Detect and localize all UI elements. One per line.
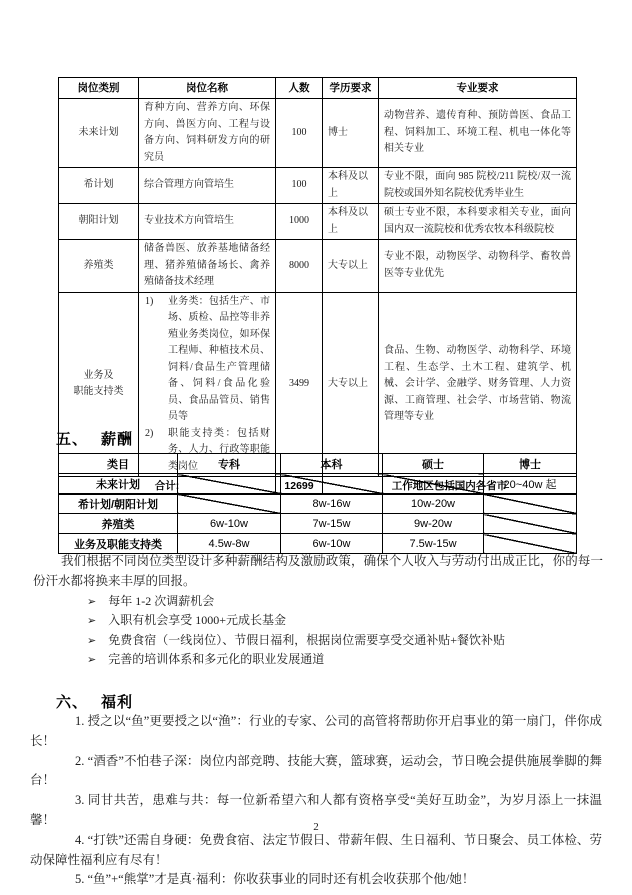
salary-header-row: 类目 专科 本科 硕士 博士: [59, 454, 577, 474]
heading-title: 薪酬: [101, 431, 133, 448]
salary-value: 10w-20w: [383, 494, 484, 514]
majors-cell: 硕士专业不限，本科要求相关专业，面向国内双一流院校和优秀农牧本科级院校: [379, 204, 577, 240]
salary-value: 8w-16w: [281, 494, 383, 514]
count-cell: 1000: [276, 204, 323, 240]
salary-row: 希计划/朝阳计划 8w-16w 10w-20w: [59, 494, 577, 514]
arrow-bullet-icon: ➢: [87, 651, 96, 670]
majors-cell: 专业不限，面向 985 院校/211 院校/双一流院校或国外知名院校优秀毕业生: [379, 168, 577, 204]
welfare-item: 4. “打铁”还需自身硬：免费食宿、法定节假日、带薪年假、生日福利、节日聚会、员…: [30, 831, 602, 871]
salary-value: [281, 474, 383, 494]
list-text: 业务类：包括生产、市场、质检、品控等非养殖业务类岗位，如环保工程师、种植技术员、…: [168, 296, 270, 423]
arrow-bullet-icon: ➢: [87, 612, 96, 631]
salary-value: 7w-15w: [281, 514, 383, 534]
bullet-text: 入职有机会享受 1000+元成长基金: [108, 613, 286, 627]
salary-value: [484, 514, 577, 534]
salary-header-bachelor: 本科: [281, 454, 383, 474]
welfare-item: 1. 授之以“鱼”更要授之以“渔”：行业的专家、公司的高管将帮助你开启事业的第一…: [30, 712, 602, 752]
count-cell: 8000: [276, 240, 323, 293]
category-cell: 希计划: [59, 168, 139, 204]
bullet-item: ➢完善的培训体系和多元化的职业发展通道: [87, 650, 505, 669]
salary-table: 类目 专科 本科 硕士 博士 未来计划 20~40w 起 希计划/朝阳计划 8w…: [58, 453, 577, 554]
salary-header-category: 类目: [59, 454, 178, 474]
category-cell: 养殖类: [59, 240, 139, 293]
salary-value: [178, 474, 281, 494]
bullet-item: ➢每年 1-2 次调薪机会: [87, 592, 505, 611]
arrow-bullet-icon: ➢: [87, 593, 96, 612]
recruitment-table: 岗位类别 岗位名称 人数 学历要求 专业要求 未来计划 育种方向、营养方向、环保…: [58, 77, 577, 495]
salary-header-college: 专科: [178, 454, 281, 474]
header-majors: 专业要求: [379, 78, 577, 99]
education-cell: 博士: [323, 99, 379, 168]
document-page: 岗位类别 岗位名称 人数 学历要求 专业要求 未来计划 育种方向、营养方向、环保…: [0, 0, 632, 895]
count-cell: 3499: [276, 292, 323, 477]
salary-header-master: 硕士: [383, 454, 484, 474]
position-cell: 专业技术方向管培生: [139, 204, 276, 240]
education-cell: 本科及以上: [323, 168, 379, 204]
category-cell: 未来计划: [59, 99, 139, 168]
position-list-item: 1) 业务类：包括生产、市场、质检、品控等非养殖业务类岗位，如环保工程师、种植技…: [144, 294, 270, 426]
category-cell: 朝阳计划: [59, 204, 139, 240]
bullet-text: 完善的培训体系和多元化的职业发展通道: [108, 652, 324, 666]
table-header-row: 岗位类别 岗位名称 人数 学历要求 专业要求: [59, 78, 577, 99]
count-cell: 100: [276, 99, 323, 168]
heading-number: 五、: [56, 431, 88, 448]
heading-title: 福利: [101, 694, 133, 711]
list-number: 2): [145, 426, 153, 443]
education-cell: 本科及以上: [323, 204, 379, 240]
salary-bullet-list: ➢每年 1-2 次调薪机会 ➢入职有机会享受 1000+元成长基金 ➢免费食宿（…: [87, 592, 505, 669]
salary-value: 20~40w 起: [484, 474, 577, 494]
education-cell: 大专以上: [323, 292, 379, 477]
salary-row-label: 希计划/朝阳计划: [59, 494, 178, 514]
bullet-text: 每年 1-2 次调薪机会: [108, 594, 214, 608]
majors-cell: 专业不限，动物医学、动物科学、畜牧兽医等专业优先: [379, 240, 577, 293]
header-count: 人数: [276, 78, 323, 99]
salary-row-label: 未来计划: [59, 474, 178, 494]
salary-value: [383, 474, 484, 494]
welfare-item: 5. “鱼”+“熊掌”才是真·福利：你收获事业的同时还有机会收获那个他/她！: [30, 870, 602, 890]
bullet-text: 免费食宿（一线岗位）、节假日福利，根据岗位需要享受交通补贴+餐饮补贴: [108, 633, 505, 647]
salary-value: [484, 494, 577, 514]
position-cell: 综合管理方向管培生: [139, 168, 276, 204]
salary-value: 6w-10w: [178, 514, 281, 534]
welfare-item-list: 1. 授之以“鱼”更要授之以“渔”：行业的专家、公司的高管将帮助你开启事业的第一…: [30, 712, 602, 890]
header-position: 岗位名称: [139, 78, 276, 99]
welfare-item: 2. “酒香”不怕巷子深：岗位内部竞聘、技能大赛，篮球赛，运动会，节日晚会提供施…: [30, 752, 602, 792]
bullet-item: ➢入职有机会享受 1000+元成长基金: [87, 611, 505, 630]
salary-value: 9w-20w: [383, 514, 484, 534]
salary-row: 养殖类 6w-10w 7w-15w 9w-20w: [59, 514, 577, 534]
welfare-section-heading: 六、福利: [56, 691, 133, 712]
bullet-item: ➢免费食宿（一线岗位）、节假日福利，根据岗位需要享受交通补贴+餐饮补贴: [87, 631, 505, 650]
list-number: 1): [145, 294, 153, 311]
count-cell: 100: [276, 168, 323, 204]
page-number: 2: [0, 821, 632, 833]
table-row: 未来计划 育种方向、营养方向、环保方向、兽医方向、工程与设备方向、饲料研发方向的…: [59, 99, 577, 168]
table-row: 业务及 职能支持类 1) 业务类：包括生产、市场、质检、品控等非养殖业务类岗位，…: [59, 292, 577, 477]
salary-row: 未来计划 20~40w 起: [59, 474, 577, 494]
position-cell: 1) 业务类：包括生产、市场、质检、品控等非养殖业务类岗位，如环保工程师、种植技…: [139, 292, 276, 477]
majors-cell: 动物营养、遗传育种、预防兽医、食品工程、饲料加工、环境工程、机电一体化等相关专业: [379, 99, 577, 168]
table-row: 希计划 综合管理方向管培生 100 本科及以上 专业不限，面向 985 院校/2…: [59, 168, 577, 204]
education-cell: 大专以上: [323, 240, 379, 293]
header-education: 学历要求: [323, 78, 379, 99]
majors-cell: 食品、生物、动物医学、动物科学、环境工程、生态学、土木工程、建筑学、机械、会计学…: [379, 292, 577, 477]
salary-section-heading: 五、薪酬: [56, 428, 133, 449]
salary-header-phd: 博士: [484, 454, 577, 474]
arrow-bullet-icon: ➢: [87, 632, 96, 651]
salary-row-label: 养殖类: [59, 514, 178, 534]
salary-intro-paragraph: 我们根据不同岗位类型设计多种薪酬结构及激励政策，确保个人收入与劳动付出成正比，你…: [33, 551, 603, 591]
table-row: 朝阳计划 专业技术方向管培生 1000 本科及以上 硕士专业不限，本科要求相关专…: [59, 204, 577, 240]
heading-number: 六、: [56, 694, 88, 711]
position-cell: 育种方向、营养方向、环保方向、兽医方向、工程与设备方向、饲料研发方向的研究员: [139, 99, 276, 168]
salary-value: [178, 494, 281, 514]
position-cell: 储备兽医、放养基地储备经理、猪养殖储备场长、禽养殖储备技术经理: [139, 240, 276, 293]
table-row: 养殖类 储备兽医、放养基地储备经理、猪养殖储备场长、禽养殖储备技术经理 8000…: [59, 240, 577, 293]
header-category: 岗位类别: [59, 78, 139, 99]
